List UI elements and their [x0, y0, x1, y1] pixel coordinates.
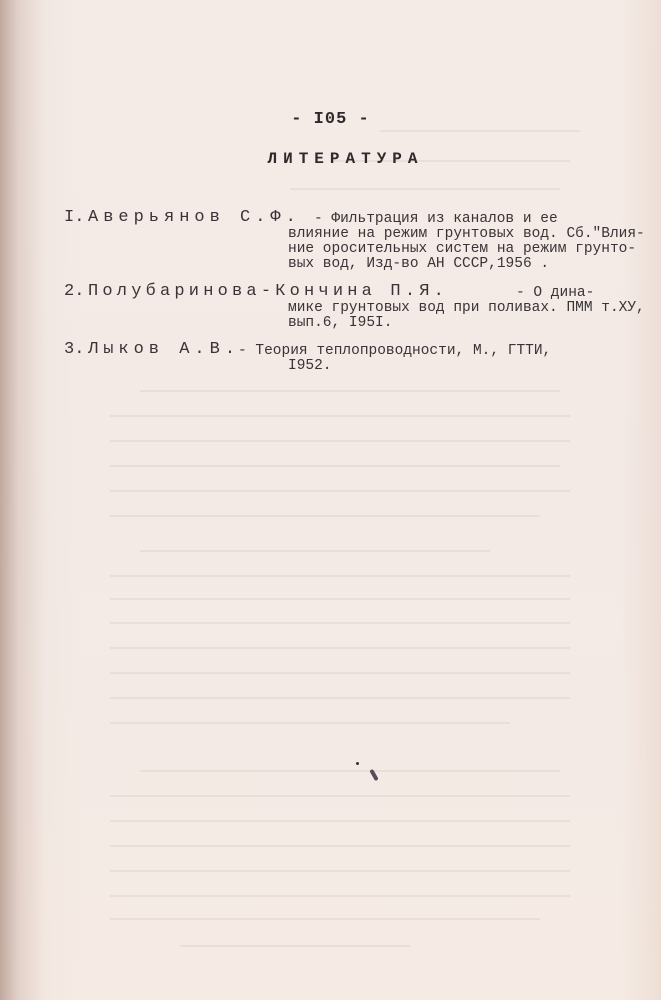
bleed-through-texture — [110, 490, 570, 492]
bleed-through-texture — [110, 820, 570, 822]
reference-list: I. Аверьянов С.Ф. - Фильтрация из канало… — [64, 210, 604, 386]
ink-speck — [356, 762, 359, 765]
bleed-through-texture — [140, 390, 560, 392]
bleed-through-texture — [110, 697, 570, 699]
bleed-through-texture — [110, 575, 570, 577]
bleed-through-texture — [110, 722, 510, 724]
reference-author: Полубаринова-Кончина П.Я. — [88, 284, 448, 299]
bleed-through-texture — [110, 918, 540, 920]
bleed-through-texture — [110, 895, 570, 897]
bleed-through-texture — [290, 188, 560, 190]
page-number: - I05 - — [0, 110, 661, 129]
reference-text-line: мике грунтовых вод при поливах. ПММ т.ХУ… — [64, 301, 604, 316]
reference-text-line: вып.6, I95I. — [64, 316, 604, 331]
bleed-through-texture — [110, 440, 570, 442]
bleed-through-texture — [110, 845, 570, 847]
reference-number: 2. — [64, 284, 84, 299]
bleed-through-texture — [110, 647, 570, 649]
reference-text-line: ние оросительных систем на режим грунто- — [64, 242, 604, 257]
reference-number: 3. — [64, 342, 84, 357]
bleed-through-texture — [110, 465, 560, 467]
bleed-through-texture — [140, 550, 490, 552]
reference-text-line: влияние на режим грунтовых вод. Сб."Влия… — [64, 227, 604, 242]
reference-text-line: I952. — [64, 359, 604, 374]
bleed-through-texture — [110, 598, 570, 600]
reference-number: I. — [64, 210, 84, 225]
reference-item: I. Аверьянов С.Ф. - Фильтрация из канало… — [64, 210, 604, 274]
reference-item: 2. Полубаринова-Кончина П.Я. - О дина- м… — [64, 284, 604, 332]
bleed-through-texture — [110, 515, 540, 517]
bleed-through-texture — [110, 622, 570, 624]
reference-text-line: вых вод, Изд-во АН СССР,1956 . — [64, 257, 604, 272]
section-heading: ЛИТЕРАТУРА — [0, 150, 661, 168]
bleed-through-texture — [110, 870, 570, 872]
bleed-through-texture — [110, 415, 570, 417]
reference-item: 3. Лыков А.В. - Теория теплопроводности,… — [64, 342, 604, 376]
bleed-through-texture — [110, 672, 570, 674]
reference-author: Аверьянов С.Ф. — [88, 210, 301, 225]
bleed-through-texture — [180, 945, 410, 947]
bleed-through-texture — [110, 795, 570, 797]
bleed-through-texture — [140, 770, 560, 772]
bleed-through-texture — [380, 130, 580, 132]
reference-author: Лыков А.В. — [88, 342, 240, 357]
